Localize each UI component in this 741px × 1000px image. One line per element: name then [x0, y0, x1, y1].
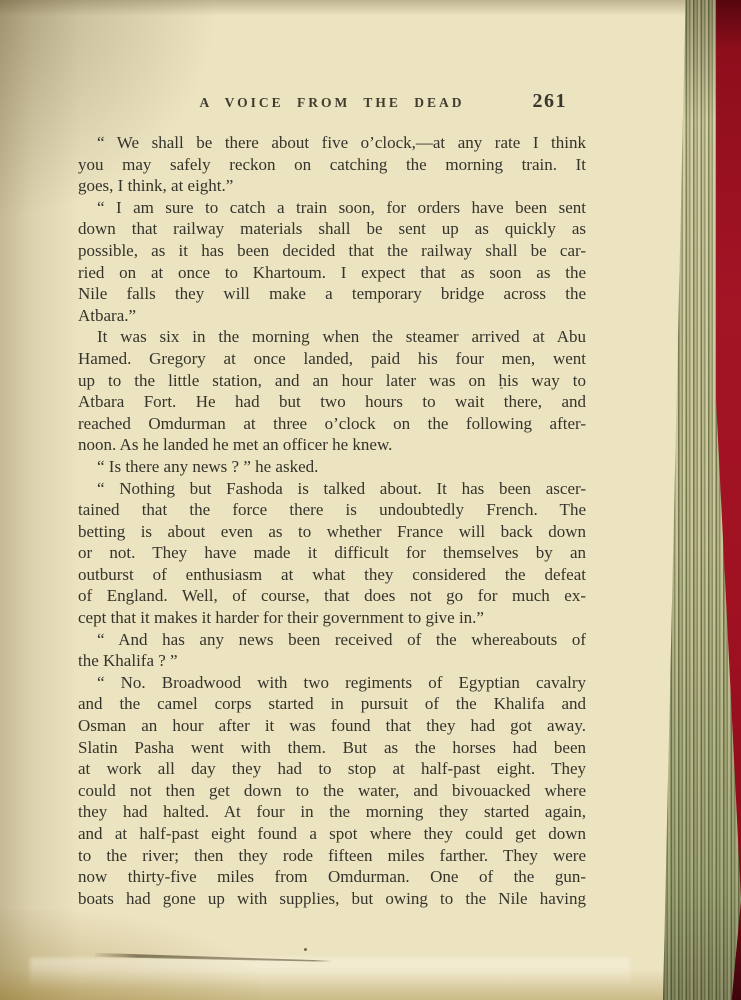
text-line: Hamed. Gregory at once landed, paid his … [78, 348, 586, 370]
text-line: “ Is there any news ? ” he asked. [78, 456, 586, 478]
text-line: “ I am sure to catch a train soon, for o… [78, 197, 586, 219]
book-page: A VOICE FROM THE DEAD 261 “ We shall be … [0, 0, 741, 1000]
text-line: “ We shall be there about five o’clock,—… [78, 132, 586, 154]
text-line: It was six in the morning when the steam… [78, 326, 586, 348]
text-line: of England. Well, of course, that does n… [78, 585, 586, 607]
paragraph: It was six in the morning when the steam… [78, 326, 586, 456]
running-title: A VOICE FROM THE DEAD [78, 90, 586, 111]
text-line: they had halted. At four in the morning … [78, 801, 586, 823]
text-line: up to the little station, and an hour la… [78, 370, 586, 392]
text-line: noon. As he landed he met an officer he … [78, 434, 586, 456]
page-crease-shadow [95, 952, 333, 963]
text-line: cept that it makes it harder for their g… [78, 607, 586, 629]
page-header: A VOICE FROM THE DEAD 261 [78, 90, 586, 116]
paragraph: “ Is there any news ? ” he asked. [78, 456, 586, 478]
text-line: “ And has any news been received of the … [78, 629, 586, 651]
text-line: “ Nothing but Fashoda is talked about. I… [78, 478, 586, 500]
text-line: betting is about even as to whether Fran… [78, 521, 586, 543]
text-line: you may safely reckon on catching the mo… [78, 154, 586, 176]
text-line: possible, as it has been decided that th… [78, 240, 586, 262]
text-column: A VOICE FROM THE DEAD 261 “ We shall be … [78, 90, 586, 909]
text-line: the Khalifa ? ” [78, 650, 586, 672]
text-line: could not then get down to the water, an… [78, 780, 586, 802]
text-line: to the river; then they rode fifteen mil… [78, 845, 586, 867]
text-line: or not. They have made it difficult for … [78, 542, 586, 564]
text-line: at work all day they had to stop at half… [78, 758, 586, 780]
text-line: outburst of enthusiasm at what they cons… [78, 564, 586, 586]
text-line: and the camel corps started in pursuit o… [78, 693, 586, 715]
page-shadow-top [0, 0, 741, 16]
text-line: Atbara.” [78, 305, 586, 327]
page-light-band [30, 958, 630, 988]
book-photo: A VOICE FROM THE DEAD 261 “ We shall be … [0, 0, 741, 1000]
text-line: and at half-past eight found a spot wher… [78, 823, 586, 845]
paragraph: “ And has any news been received of the … [78, 629, 586, 672]
text-line: reached Omdurman at three o’clock on the… [78, 413, 586, 435]
text-line: now thirty-five miles from Omdurman. One… [78, 866, 586, 888]
page-shadow-bottom [0, 970, 700, 1000]
paper-speck [304, 948, 307, 951]
text-line: boats had gone up with supplies, but owi… [78, 888, 586, 910]
paragraph: “ No. Broadwood with two regiments of Eg… [78, 672, 586, 910]
text-line: ried on at once to Khartoum. I expect th… [78, 262, 586, 284]
text-line: goes, I think, at eight.” [78, 175, 586, 197]
text-line: Atbara Fort. He had but two hours to wai… [78, 391, 586, 413]
text-line: down that railway materials shall be sen… [78, 218, 586, 240]
body-text: “ We shall be there about five o’clock,—… [78, 132, 586, 909]
text-line: tained that the force there is undoubted… [78, 499, 586, 521]
text-line: “ No. Broadwood with two regiments of Eg… [78, 672, 586, 694]
text-line: Osman an hour after it was found that th… [78, 715, 586, 737]
text-line: Slatin Pasha went with them. But as the … [78, 737, 586, 759]
page-number: 261 [533, 90, 568, 113]
paragraph: “ Nothing but Fashoda is talked about. I… [78, 478, 586, 629]
page-shadow-left [0, 0, 80, 1000]
paragraph: “ We shall be there about five o’clock,—… [78, 132, 586, 197]
paragraph: “ I am sure to catch a train soon, for o… [78, 197, 586, 327]
text-line: Nile falls they will make a temporary br… [78, 283, 586, 305]
